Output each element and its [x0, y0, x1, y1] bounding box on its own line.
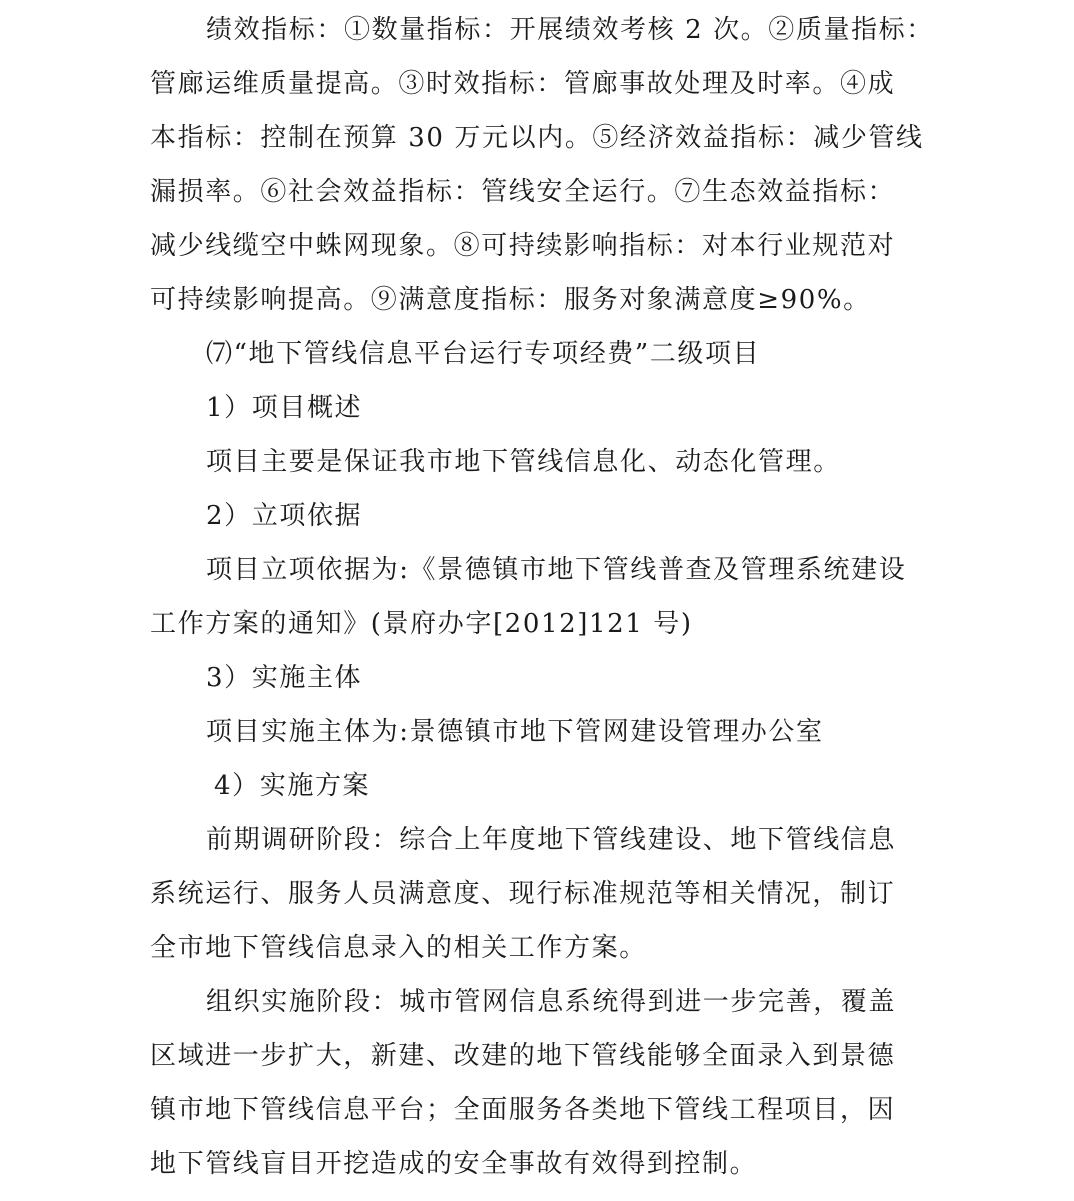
paragraph-project-basis-line-1: 项目立项依据为:《景德镇市地下管线普查及管理系统建设 [206, 550, 996, 590]
paragraph-performance-indicators-line-4: 漏损率。⑥社会效益指标：管线安全运行。⑦生态效益指标： [150, 172, 940, 212]
paragraph-preliminary-research-line-3: 全市地下管线信息录入的相关工作方案。 [150, 928, 940, 968]
subheading-implementation-plan: 4）实施方案 [214, 766, 1004, 806]
subheading-project-overview: 1）项目概述 [206, 388, 996, 428]
paragraph-implementation-stage-line-2: 区域进一步扩大，新建、改建的地下管线能够全面录入到景德 [150, 1036, 940, 1076]
document-page: 绩效指标：①数量指标：开展绩效考核 2 次。②质量指标： 管廊运维质量提高。③时… [0, 0, 1074, 1201]
paragraph-implementing-body: 项目实施主体为:景德镇市地下管网建设管理办公室 [206, 712, 996, 752]
paragraph-preliminary-research-line-2: 系统运行、服务人员满意度、现行标准规范等相关情况，制订 [150, 874, 940, 914]
paragraph-implementation-stage-line-3: 镇市地下管线信息平台；全面服务各类地下管线工程项目，因 [150, 1090, 940, 1130]
paragraph-project-overview: 项目主要是保证我市地下管线信息化、动态化管理。 [206, 442, 996, 482]
paragraph-preliminary-research-line-1: 前期调研阶段：综合上年度地下管线建设、地下管线信息 [206, 820, 996, 860]
section-heading-7: ⑺“地下管线信息平台运行专项经费”二级项目 [206, 334, 996, 374]
paragraph-performance-indicators-line-3: 本指标：控制在预算 30 万元以内。⑤经济效益指标：减少管线 [150, 118, 940, 158]
paragraph-performance-indicators-line-1: 绩效指标：①数量指标：开展绩效考核 2 次。②质量指标： [206, 10, 996, 50]
paragraph-performance-indicators-line-6: 可持续影响提高。⑨满意度指标：服务对象满意度≥90%。 [150, 280, 940, 320]
paragraph-project-basis-line-2: 工作方案的通知》(景府办字[2012]121 号) [150, 604, 940, 644]
paragraph-implementation-stage-line-1: 组织实施阶段：城市管网信息系统得到进一步完善，覆盖 [206, 982, 996, 1022]
paragraph-implementation-stage-line-4: 地下管线盲目开挖造成的安全事故有效得到控制。 [150, 1144, 940, 1184]
paragraph-performance-indicators-line-2: 管廊运维质量提高。③时效指标：管廊事故处理及时率。④成 [150, 64, 940, 104]
subheading-project-basis: 2）立项依据 [206, 496, 996, 536]
subheading-implementing-body: 3）实施主体 [206, 658, 996, 698]
paragraph-performance-indicators-line-5: 减少线缆空中蛛网现象。⑧可持续影响指标：对本行业规范对 [150, 226, 940, 266]
